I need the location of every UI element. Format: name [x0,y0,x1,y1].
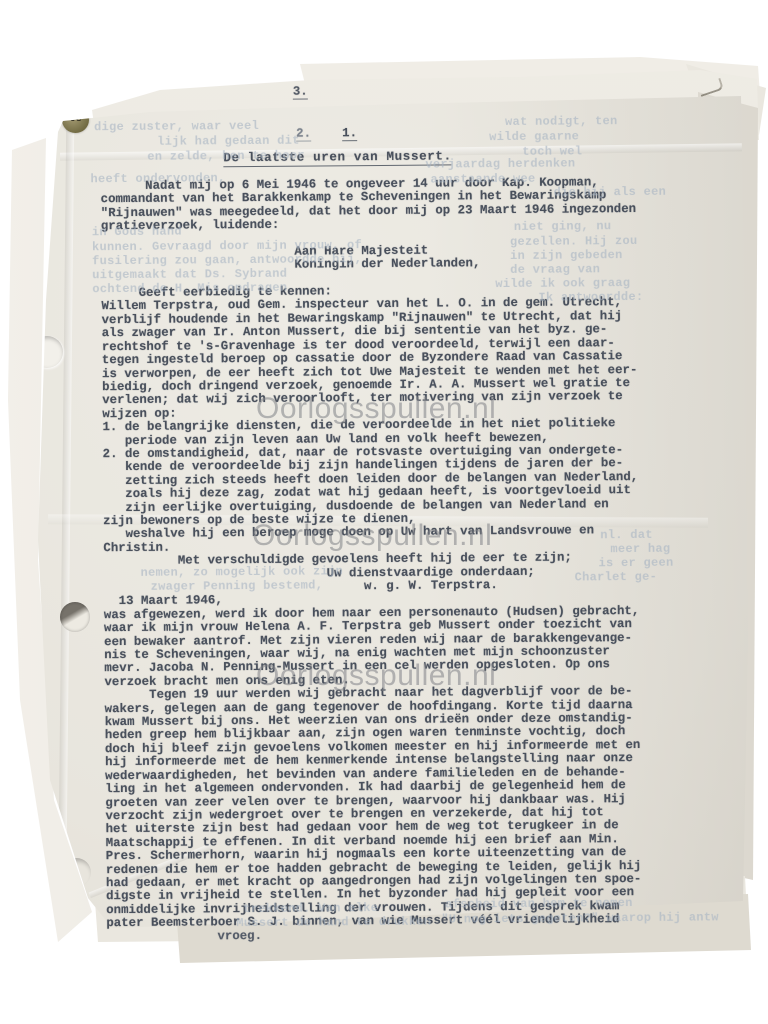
photo-backdrop: te 3. 2. 1. De laatste uren van Mussert.… [0,0,768,1024]
front-page-sheet: te [0,0,768,1024]
paper-crease [58,128,74,928]
punch-hole-lower [60,602,90,632]
punch-hole-text: te [69,113,82,125]
paper-crease [60,143,746,161]
paper-crease [89,844,212,898]
paper-crease [48,514,708,527]
punch-hole-top: te [62,107,89,133]
